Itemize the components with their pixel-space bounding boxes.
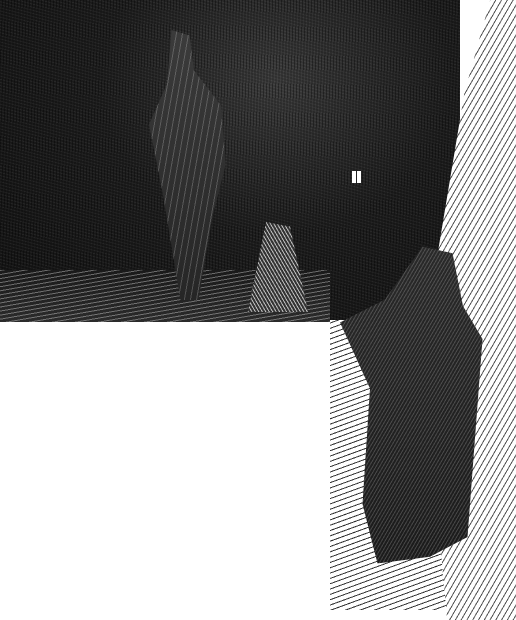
lit-window [352, 171, 361, 183]
